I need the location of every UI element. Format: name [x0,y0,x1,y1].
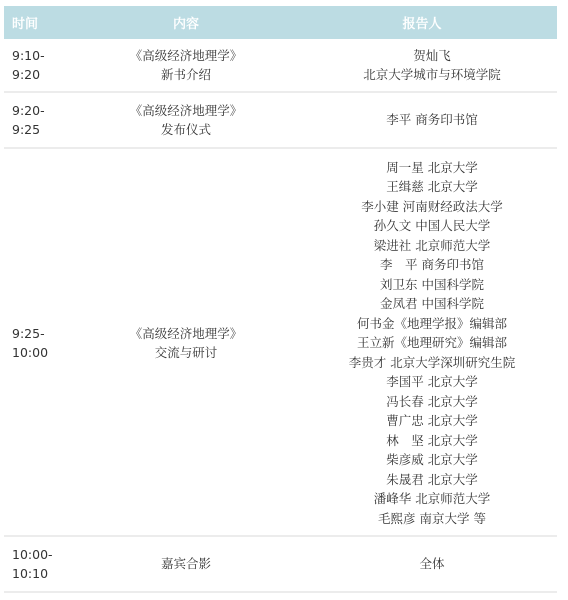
reporter-line: 李国平 北京大学 [386,372,477,392]
header-content: 内容 [95,13,277,32]
time-start: 9:10- [12,46,45,66]
reporter-cell: 贺灿飞 北京大学城市与环境学院 [277,46,557,85]
content-cell: 嘉宾合影 [95,554,277,574]
reporter-line: 冯长春 北京大学 [386,392,477,412]
time-end: 9:20 [12,65,40,85]
time-cell: 9:10- 9:20 [4,46,95,85]
reporter-line: 贺灿飞 [413,46,451,66]
content-line: 嘉宾合影 [161,554,211,574]
reporter-line: 曹广忠 北京大学 [386,411,477,431]
reporter-line: 李小建 河南财经政法大学 [361,197,502,217]
content-cell: 《高级经济地理学》 发布仪式 [95,101,277,140]
reporter-cell: 李平 商务印书馆 [277,110,557,130]
content-line: 交流与研讨 [155,343,218,363]
content-cell: 《高级经济地理学》 新书介绍 [95,46,277,85]
time-start: 9:25- [12,324,45,344]
reporter-line: 王缉慈 北京大学 [386,177,477,197]
time-start: 10:00- [12,545,53,565]
reporter-cell: 全体 [277,554,557,574]
time-end: 10:00 [12,343,48,363]
content-line: 《高级经济地理学》 [130,324,243,344]
reporter-cell: 周一星 北京大学 王缉慈 北京大学 李小建 河南财经政法大学 孙久文 中国人民大… [277,158,557,529]
reporter-line: 柴彦威 北京大学 [386,450,477,470]
reporter-line: 朱晟君 北京大学 [386,470,477,490]
header-time: 时间 [4,13,95,32]
table-row: 9:25- 10:00 《高级经济地理学》 交流与研讨 周一星 北京大学 王缉慈… [4,149,557,537]
reporter-line: 金凤君 中国科学院 [380,294,484,314]
reporter-line: 孙久文 中国人民大学 [374,216,490,236]
table-header: 时间 内容 报告人 [4,6,557,39]
time-cell: 9:25- 10:00 [4,324,95,363]
time-cell: 9:20- 9:25 [4,101,95,140]
time-start: 9:20- [12,101,45,121]
reporter-line: 李贵才 北京大学深圳研究生院 [349,353,515,373]
table-row: 10:00- 10:10 嘉宾合影 全体 [4,537,557,593]
content-cell: 《高级经济地理学》 交流与研讨 [95,324,277,363]
reporter-line: 李 平 商务印书馆 [380,255,484,275]
reporter-line: 北京大学城市与环境学院 [363,65,501,85]
reporter-line: 全体 [419,554,444,574]
header-reporter: 报告人 [277,13,557,32]
reporter-line: 梁进社 北京师范大学 [374,236,490,256]
schedule-table: 时间 内容 报告人 9:10- 9:20 《高级经济地理学》 新书介绍 贺灿飞 … [4,6,557,593]
time-cell: 10:00- 10:10 [4,545,95,584]
reporter-line: 周一星 北京大学 [386,158,477,178]
reporter-line: 李平 商务印书馆 [386,110,477,130]
reporter-line: 刘卫东 中国科学院 [380,275,484,295]
table-row: 9:10- 9:20 《高级经济地理学》 新书介绍 贺灿飞 北京大学城市与环境学… [4,39,557,93]
content-line: 《高级经济地理学》 [130,101,243,121]
reporter-line: 潘峰华 北京师范大学 [374,489,490,509]
reporter-line: 毛熙彦 南京大学 等 [378,509,486,529]
content-line: 发布仪式 [161,120,211,140]
content-line: 新书介绍 [161,65,211,85]
time-end: 10:10 [12,564,48,584]
reporter-line: 林 坚 北京大学 [386,431,477,451]
table-row: 9:20- 9:25 《高级经济地理学》 发布仪式 李平 商务印书馆 [4,93,557,149]
time-end: 9:25 [12,120,40,140]
reporter-line: 王立新《地理研究》编辑部 [357,333,507,353]
reporter-line: 何书金《地理学报》编辑部 [357,314,507,334]
content-line: 《高级经济地理学》 [130,46,243,66]
